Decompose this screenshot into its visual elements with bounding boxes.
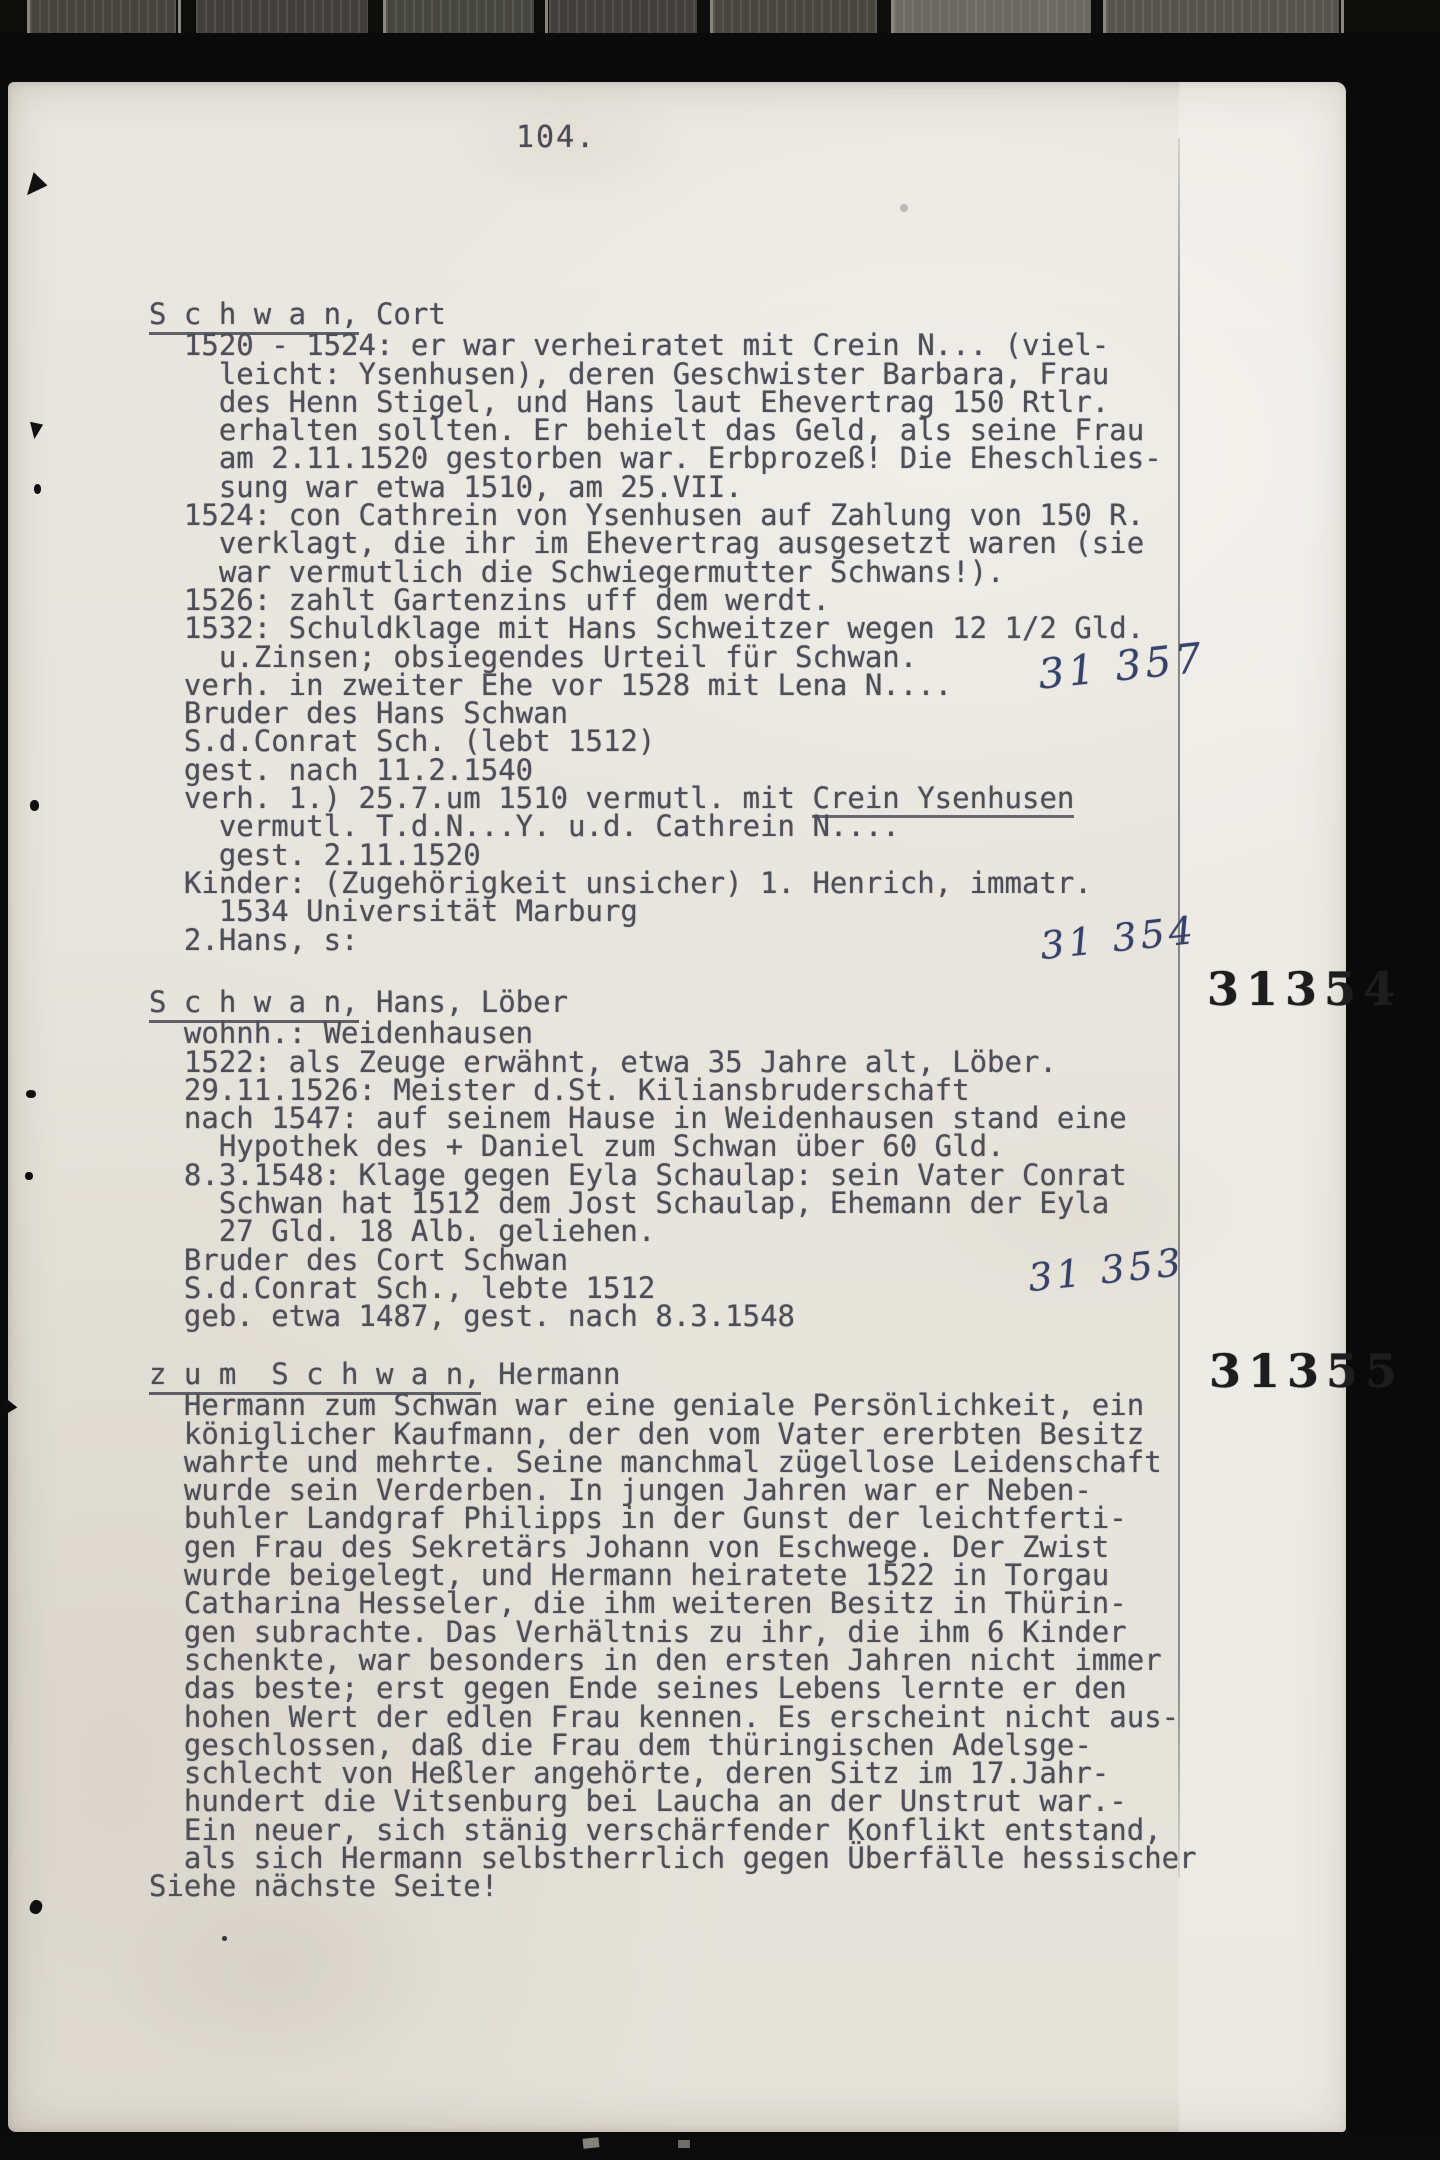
typewritten-line: 1526: zahlt Gartenzins uff dem werdt. <box>149 586 1162 614</box>
typewritten-line: hohen Wert der edlen Frau kennen. Es ers… <box>149 1703 1197 1731</box>
film-mark-dot <box>222 1936 227 1941</box>
typewritten-line: 1520 - 1524: er war verheiratet mit Crei… <box>149 331 1162 359</box>
typewritten-line: buhler Landgraf Philipps in der Gunst de… <box>149 1504 1197 1532</box>
typewritten-line: sung war etwa 1510, am 25.VII. <box>149 473 1162 501</box>
typewritten-line: geb. etwa 1487, gest. nach 8.3.1548 <box>149 1302 1127 1330</box>
typewritten-line: 8.3.1548: Klage gegen Eyla Schaulap: sei… <box>149 1161 1127 1189</box>
film-strip-bottom <box>0 2132 1440 2160</box>
typewritten-line: des Henn Stigel, und Hans laut Ehevertra… <box>149 388 1162 416</box>
film-mark-dot <box>30 800 39 811</box>
typewritten-line: gen subrachte. Das Verhältnis zu ihr, di… <box>149 1618 1197 1646</box>
page-fold-lighter-area <box>1179 82 1346 2132</box>
typewritten-line: verklagt, die ihr im Ehevertrag ausgeset… <box>149 529 1162 557</box>
stamped-number: 31354 <box>1207 962 1402 1016</box>
typewritten-line: als sich Hermann selbstherrlich gegen Üb… <box>149 1844 1197 1872</box>
film-strip-block <box>1106 0 1339 33</box>
typewritten-line: Catharina Hesseler, die ihm weiteren Bes… <box>149 1589 1197 1617</box>
document-page: 104. S c h w a n, Cort 1520 - 1524: er w… <box>8 82 1346 2132</box>
film-strip-block <box>386 0 534 33</box>
film-strip-block <box>713 0 877 33</box>
typewritten-line: wurde beigelegt, und Hermann heiratete 1… <box>149 1561 1197 1589</box>
microfilm-scan: 104. S c h w a n, Cort 1520 - 1524: er w… <box>0 0 1440 2160</box>
typewritten-line: königlicher Kaufmann, der den vom Vater … <box>149 1420 1197 1448</box>
film-mark-dot <box>26 1090 36 1098</box>
section-body: Hermann zum Schwan war eine geniale Pers… <box>149 1391 1197 1900</box>
film-mark <box>583 2137 600 2149</box>
typewritten-line: 27 Gld. 18 Alb. geliehen. <box>149 1217 1127 1245</box>
film-band-left <box>0 0 8 2160</box>
heading-given-name: Cort <box>359 297 446 331</box>
heading-given-name: Hermann <box>481 1357 621 1391</box>
film-strip-separator <box>710 0 713 33</box>
typewritten-line: verh. 1.) 25.7.um 1510 vermutl. mit Crei… <box>149 784 1162 812</box>
typewritten-line: Ein neuer, sich stänig verschärfender Ko… <box>149 1816 1197 1844</box>
typewritten-line: nach 1547: auf seinem Hause in Weidenhau… <box>149 1104 1127 1132</box>
entry-section-zum-schwan-hermann: z u m S c h w a n, Hermann Hermann zum S… <box>149 1360 1197 1901</box>
heading-given-name: Hans, Löber <box>359 985 569 1019</box>
typewritten-line: schlecht von Heßler angehörte, deren Sit… <box>149 1759 1197 1787</box>
page-number: 104. <box>516 124 596 152</box>
film-mark-arrow <box>27 172 50 200</box>
stamped-number: 31355 <box>1209 1344 1404 1398</box>
film-mark-arrow <box>30 419 46 439</box>
typewritten-line: schenkte, war besonders in den ersten Ja… <box>149 1646 1197 1674</box>
film-strip-top <box>0 0 1440 33</box>
typewritten-line: am 2.11.1520 gestorben war. Erbprozeß! D… <box>149 444 1162 472</box>
typewritten-line: Kinder: (Zugehörigkeit unsicher) 1. Henr… <box>149 869 1162 897</box>
film-strip-block <box>894 0 1091 33</box>
typewritten-line: 29.11.1526: Meister d.St. Kiliansbruders… <box>149 1076 1127 1104</box>
typewritten-line: wahrte und mehrte. Seine manchmal zügell… <box>149 1448 1197 1476</box>
film-mark-dot <box>34 484 41 494</box>
film-mark-dot <box>28 1898 44 1915</box>
film-strip-separator <box>545 0 548 33</box>
typewritten-line: geschlossen, daß die Frau dem thüringisc… <box>149 1731 1197 1759</box>
typewritten-line: 1522: als Zeuge erwähnt, etwa 35 Jahre a… <box>149 1048 1127 1076</box>
film-strip-separator <box>1103 0 1106 33</box>
film-strip-block <box>196 0 368 33</box>
film-mark <box>678 2140 690 2148</box>
section-heading: S c h w a n, Hans, Löber <box>149 988 1127 1016</box>
film-strip-block <box>549 0 697 33</box>
section-heading: S c h w a n, Cort <box>149 300 1162 328</box>
typewritten-line: Hermann zum Schwan war eine geniale Pers… <box>149 1391 1197 1419</box>
section-heading: z u m S c h w a n, Hermann <box>149 1360 1197 1388</box>
typewritten-line: S.d.Conrat Sch., lebte 1512 <box>149 1274 1127 1302</box>
typewritten-line: Hypothek des + Daniel zum Schwan über 60… <box>149 1132 1127 1160</box>
film-strip-separator <box>891 0 894 33</box>
film-strip-separator <box>383 0 386 33</box>
typewritten-line: gen Frau des Sekretärs Johann von Eschwe… <box>149 1533 1197 1561</box>
typewritten-line: hundert die Vitsenburg bei Laucha an der… <box>149 1787 1197 1815</box>
typewritten-line: u.Zinsen; obsiegendes Urteil für Schwan. <box>149 643 1162 671</box>
typewritten-line: gest. 2.11.1520 <box>149 841 1162 869</box>
section-body: 1520 - 1524: er war verheiratet mit Crei… <box>149 331 1162 954</box>
film-strip-block <box>30 0 176 33</box>
entry-section-schwan-cort: S c h w a n, Cort 1520 - 1524: er war ve… <box>149 300 1162 954</box>
typewritten-line: erhalten sollten. Er behielt das Geld, a… <box>149 416 1162 444</box>
typewritten-line: verh. in zweiter Ehe vor 1528 mit Lena N… <box>149 671 1162 699</box>
film-strip-separator <box>1341 0 1344 33</box>
typewritten-line: Schwan hat 1512 dem Jost Schaulap, Ehema… <box>149 1189 1127 1217</box>
section-body: wohnh.: Weidenhausen 1522: als Zeuge erw… <box>149 1019 1127 1330</box>
typewritten-line: 1534 Universität Marburg <box>149 897 1162 925</box>
typewritten-line: gest. nach 11.2.1540 <box>149 756 1162 784</box>
film-mark-dot <box>900 204 908 212</box>
typewritten-line: Bruder des Hans Schwan <box>149 699 1162 727</box>
typewritten-line: Bruder des Cort Schwan <box>149 1246 1127 1274</box>
typewritten-line: 1532: Schuldklage mit Hans Schweitzer we… <box>149 614 1162 642</box>
typewritten-line: leicht: Ysenhusen), deren Geschwister Ba… <box>149 360 1162 388</box>
typewritten-line: war vermutlich die Schwiegermutter Schwa… <box>149 558 1162 586</box>
film-mark-arrow <box>0 1397 18 1420</box>
typewritten-line: wohnh.: Weidenhausen <box>149 1019 1127 1047</box>
film-strip-separator <box>178 0 181 33</box>
typewritten-line: wurde sein Verderben. In jungen Jahren w… <box>149 1476 1197 1504</box>
entry-section-schwan-hans: S c h w a n, Hans, Löber wohnh.: Weidenh… <box>149 988 1127 1331</box>
typewritten-line: S.d.Conrat Sch. (lebt 1512) <box>149 727 1162 755</box>
film-mark-dot <box>25 1172 33 1180</box>
film-strip-separator <box>27 0 30 33</box>
typewritten-line: 2.Hans, s: <box>149 926 1162 954</box>
typewritten-line: 1524: con Cathrein von Ysenhusen auf Zah… <box>149 501 1162 529</box>
typewritten-line: Siehe nächste Seite! <box>149 1872 1197 1900</box>
typewritten-line: das beste; erst gegen Ende seines Lebens… <box>149 1674 1197 1702</box>
film-band-right <box>1346 0 1440 2160</box>
